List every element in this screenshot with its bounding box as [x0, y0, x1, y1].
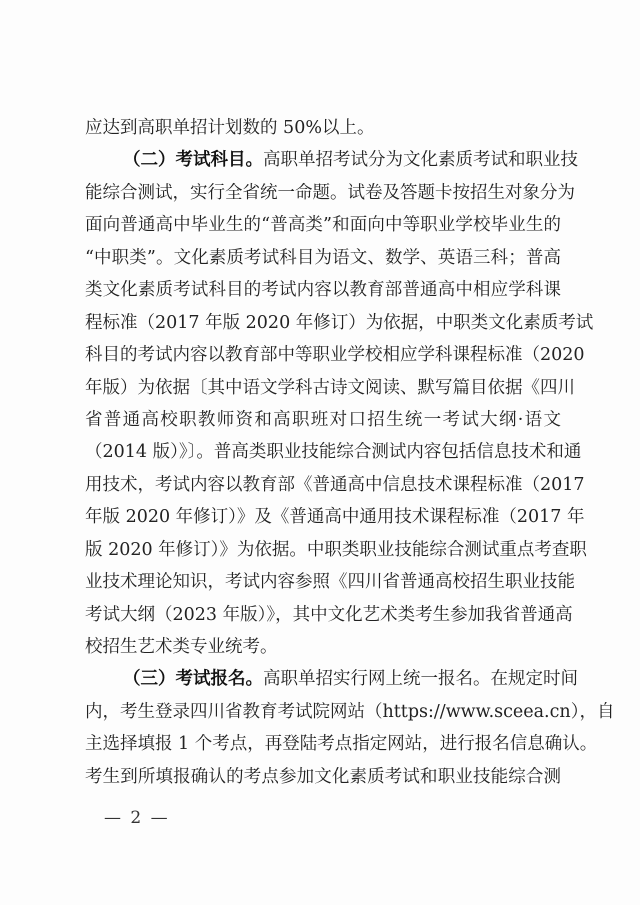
- text-line: 考生到所填报确认的考点参加文化素质考试和职业技能综合测: [85, 761, 561, 793]
- section-heading-line: （二）考试科目。高职单招考试分为文化素质考试和职业技: [85, 144, 561, 176]
- page-number: — 2 —: [104, 808, 170, 828]
- text-line: 业技术理论知识，考试内容参照《四川省普通高校招生职业技能: [85, 566, 561, 598]
- body-text: 应达到高职单招计划数的 50%以上。 （二）考试科目。高职单招考试分为文化素质考…: [85, 112, 561, 793]
- text-line: （2014 版）》〕。普高类职业技能综合测试内容包括信息技术和通: [85, 436, 561, 468]
- text-line: “中职类”。文化素质考试科目为语文、数学、英语三科；普高: [85, 242, 561, 274]
- text-line: 内，考生登录四川省教育考试院网站（https://www.sceea.cn），自: [85, 696, 561, 728]
- text-span: 高职单招实行网上统一报名。在规定时间: [263, 669, 578, 689]
- text-line: 版 2020 年修订）》为依据。中职类职业技能综合测试重点考查职: [85, 534, 561, 566]
- text-line: 程标准（2017 年版 2020 年修订）为依据，中职类文化素质考试: [85, 307, 561, 339]
- document-page: 应达到高职单招计划数的 50%以上。 （二）考试科目。高职单招考试分为文化素质考…: [0, 0, 640, 905]
- text-line: 省普通高校职教师资和高职班对口招生统一考试大纲·语文: [85, 404, 561, 436]
- text-line: 年版 2020 年修订）》及《普通高中通用技术课程标准（2017 年: [85, 501, 561, 533]
- text-line: 校招生艺术类专业统考。: [85, 631, 561, 663]
- text-span: 高职单招考试分为文化素质考试和职业技: [263, 150, 578, 170]
- text-line: 用技术，考试内容以教育部《普通高中信息技术课程标准（2017: [85, 469, 561, 501]
- text-line: 应达到高职单招计划数的 50%以上。: [85, 112, 561, 144]
- text-line: 科目的考试内容以教育部中等职业学校相应学科课程标准（2020: [85, 339, 561, 371]
- section-heading-subjects: （二）考试科目。: [123, 150, 263, 170]
- text-line: 面向普通高中毕业生的“普高类”和面向中等职业学校毕业生的: [85, 209, 561, 241]
- text-line: 年版）为依据〔其中语文学科古诗文阅读、默写篇目依据《四川: [85, 372, 561, 404]
- text-line: 考试大纲（2023 年版）》，其中文化艺术类考生参加我省普通高: [85, 599, 561, 631]
- section-heading-line: （三）考试报名。高职单招实行网上统一报名。在规定时间: [85, 663, 561, 695]
- section-heading-registration: （三）考试报名。: [123, 669, 263, 689]
- text-line: 类文化素质考试科目的考试内容以教育部普通高中相应学科课: [85, 274, 561, 306]
- text-line: 主选择填报 1 个考点，再登陆考点指定网站，进行报名信息确认。: [85, 728, 561, 760]
- text-line: 能综合测试，实行全省统一命题。试卷及答题卡按招生对象分为: [85, 177, 561, 209]
